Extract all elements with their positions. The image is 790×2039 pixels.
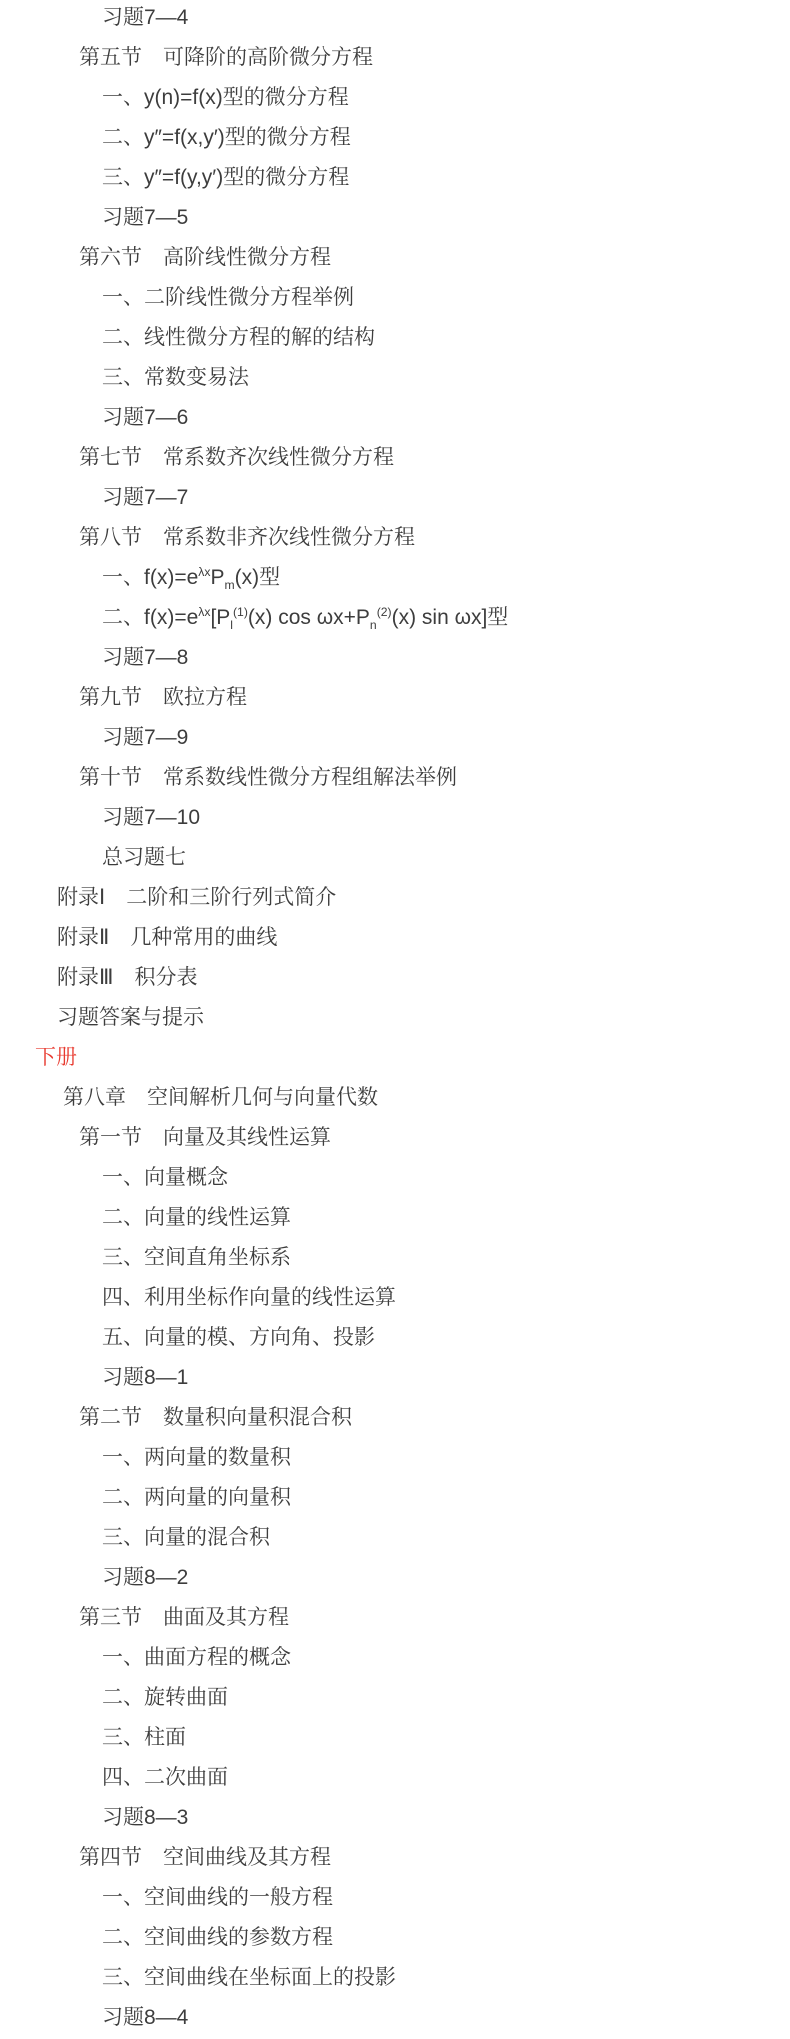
toc-line-appendix: 附录Ⅱ 几种常用的曲线 [0, 918, 790, 958]
toc-line-item: 三、空间曲线在坐标面上的投影 [0, 1958, 790, 1998]
toc-line-section: 第三节 曲面及其方程 [0, 1598, 790, 1638]
toc-line-section: 第九节 欧拉方程 [0, 678, 790, 718]
toc-line-chapter: 第八章 空间解析几何与向量代数 [0, 1078, 790, 1118]
toc-line-exercise: 总习题七 [0, 838, 790, 878]
toc-line-section: 第七节 常系数齐次线性微分方程 [0, 438, 790, 478]
toc-line-section: 第五节 可降阶的高阶微分方程 [0, 38, 790, 78]
toc-line-item: 二、线性微分方程的解的结构 [0, 318, 790, 358]
toc-line-section: 第一节 向量及其线性运算 [0, 1118, 790, 1158]
toc-line-section: 第八节 常系数非齐次线性微分方程 [0, 518, 790, 558]
toc-line-exercise: 习题7—9 [0, 718, 790, 758]
toc-line-appendix: 附录Ⅰ 二阶和三阶行列式简介 [0, 878, 790, 918]
toc-line-item: 四、利用坐标作向量的线性运算 [0, 1278, 790, 1318]
toc-line-exercise: 习题7—7 [0, 478, 790, 518]
toc-line-exercise: 习题8—1 [0, 1358, 790, 1398]
toc-line-item: 二、y″=f(x,y′)型的微分方程 [0, 118, 790, 158]
toc-line-item: 二、两向量的向量积 [0, 1478, 790, 1518]
toc-line-item: 一、向量概念 [0, 1158, 790, 1198]
toc-line-item: 三、y″=f(y,y′)型的微分方程 [0, 158, 790, 198]
toc-line-item: 一、两向量的数量积 [0, 1438, 790, 1478]
toc-line-item: 一、二阶线性微分方程举例 [0, 278, 790, 318]
toc-line-section: 第四节 空间曲线及其方程 [0, 1838, 790, 1878]
toc-line-exercise: 习题8—3 [0, 1798, 790, 1838]
toc-line-item: 一、y(n)=f(x)型的微分方程 [0, 78, 790, 118]
toc-line-section: 第六节 高阶线性微分方程 [0, 238, 790, 278]
toc-line-part: 下册 [0, 1038, 790, 1078]
toc-line-item: 三、空间直角坐标系 [0, 1238, 790, 1278]
toc-line-exercise: 习题7—6 [0, 398, 790, 438]
toc-line-exercise: 习题8—4 [0, 1998, 790, 2038]
toc-line-exercise: 习题7—10 [0, 798, 790, 838]
toc-line-item: 四、二次曲面 [0, 1758, 790, 1798]
toc-line-item: 一、空间曲线的一般方程 [0, 1878, 790, 1918]
toc-line-appendix: 附录Ⅲ 积分表 [0, 958, 790, 998]
toc-line-item: 三、向量的混合积 [0, 1518, 790, 1558]
toc-line-exercise: 习题7—8 [0, 638, 790, 678]
toc-line-item: 二、向量的线性运算 [0, 1198, 790, 1238]
toc-line-exercise: 习题7—4 [0, 0, 790, 38]
toc-line-section: 第十节 常系数线性微分方程组解法举例 [0, 758, 790, 798]
toc-line-item: 一、曲面方程的概念 [0, 1638, 790, 1678]
toc-line-exercise: 习题8—2 [0, 1558, 790, 1598]
toc-line-answers: 习题答案与提示 [0, 998, 790, 1038]
toc-line-item: 三、常数变易法 [0, 358, 790, 398]
toc-list: 习题7—4第五节 可降阶的高阶微分方程一、y(n)=f(x)型的微分方程二、y″… [0, 0, 790, 2038]
toc-page: 习题7—4第五节 可降阶的高阶微分方程一、y(n)=f(x)型的微分方程二、y″… [0, 0, 790, 2039]
toc-line-item: 二、空间曲线的参数方程 [0, 1918, 790, 1958]
toc-line-item: 二、旋转曲面 [0, 1678, 790, 1718]
toc-line-item: 二、f(x)=eλx[Pl(1)(x) cos ωx+Pn(2)(x) sin … [0, 598, 790, 638]
toc-line-exercise: 习题7—5 [0, 198, 790, 238]
toc-line-section: 第二节 数量积向量积混合积 [0, 1398, 790, 1438]
toc-line-item: 三、柱面 [0, 1718, 790, 1758]
toc-line-item: 一、f(x)=eλxPm(x)型 [0, 558, 790, 598]
toc-line-item: 五、向量的模、方向角、投影 [0, 1318, 790, 1358]
